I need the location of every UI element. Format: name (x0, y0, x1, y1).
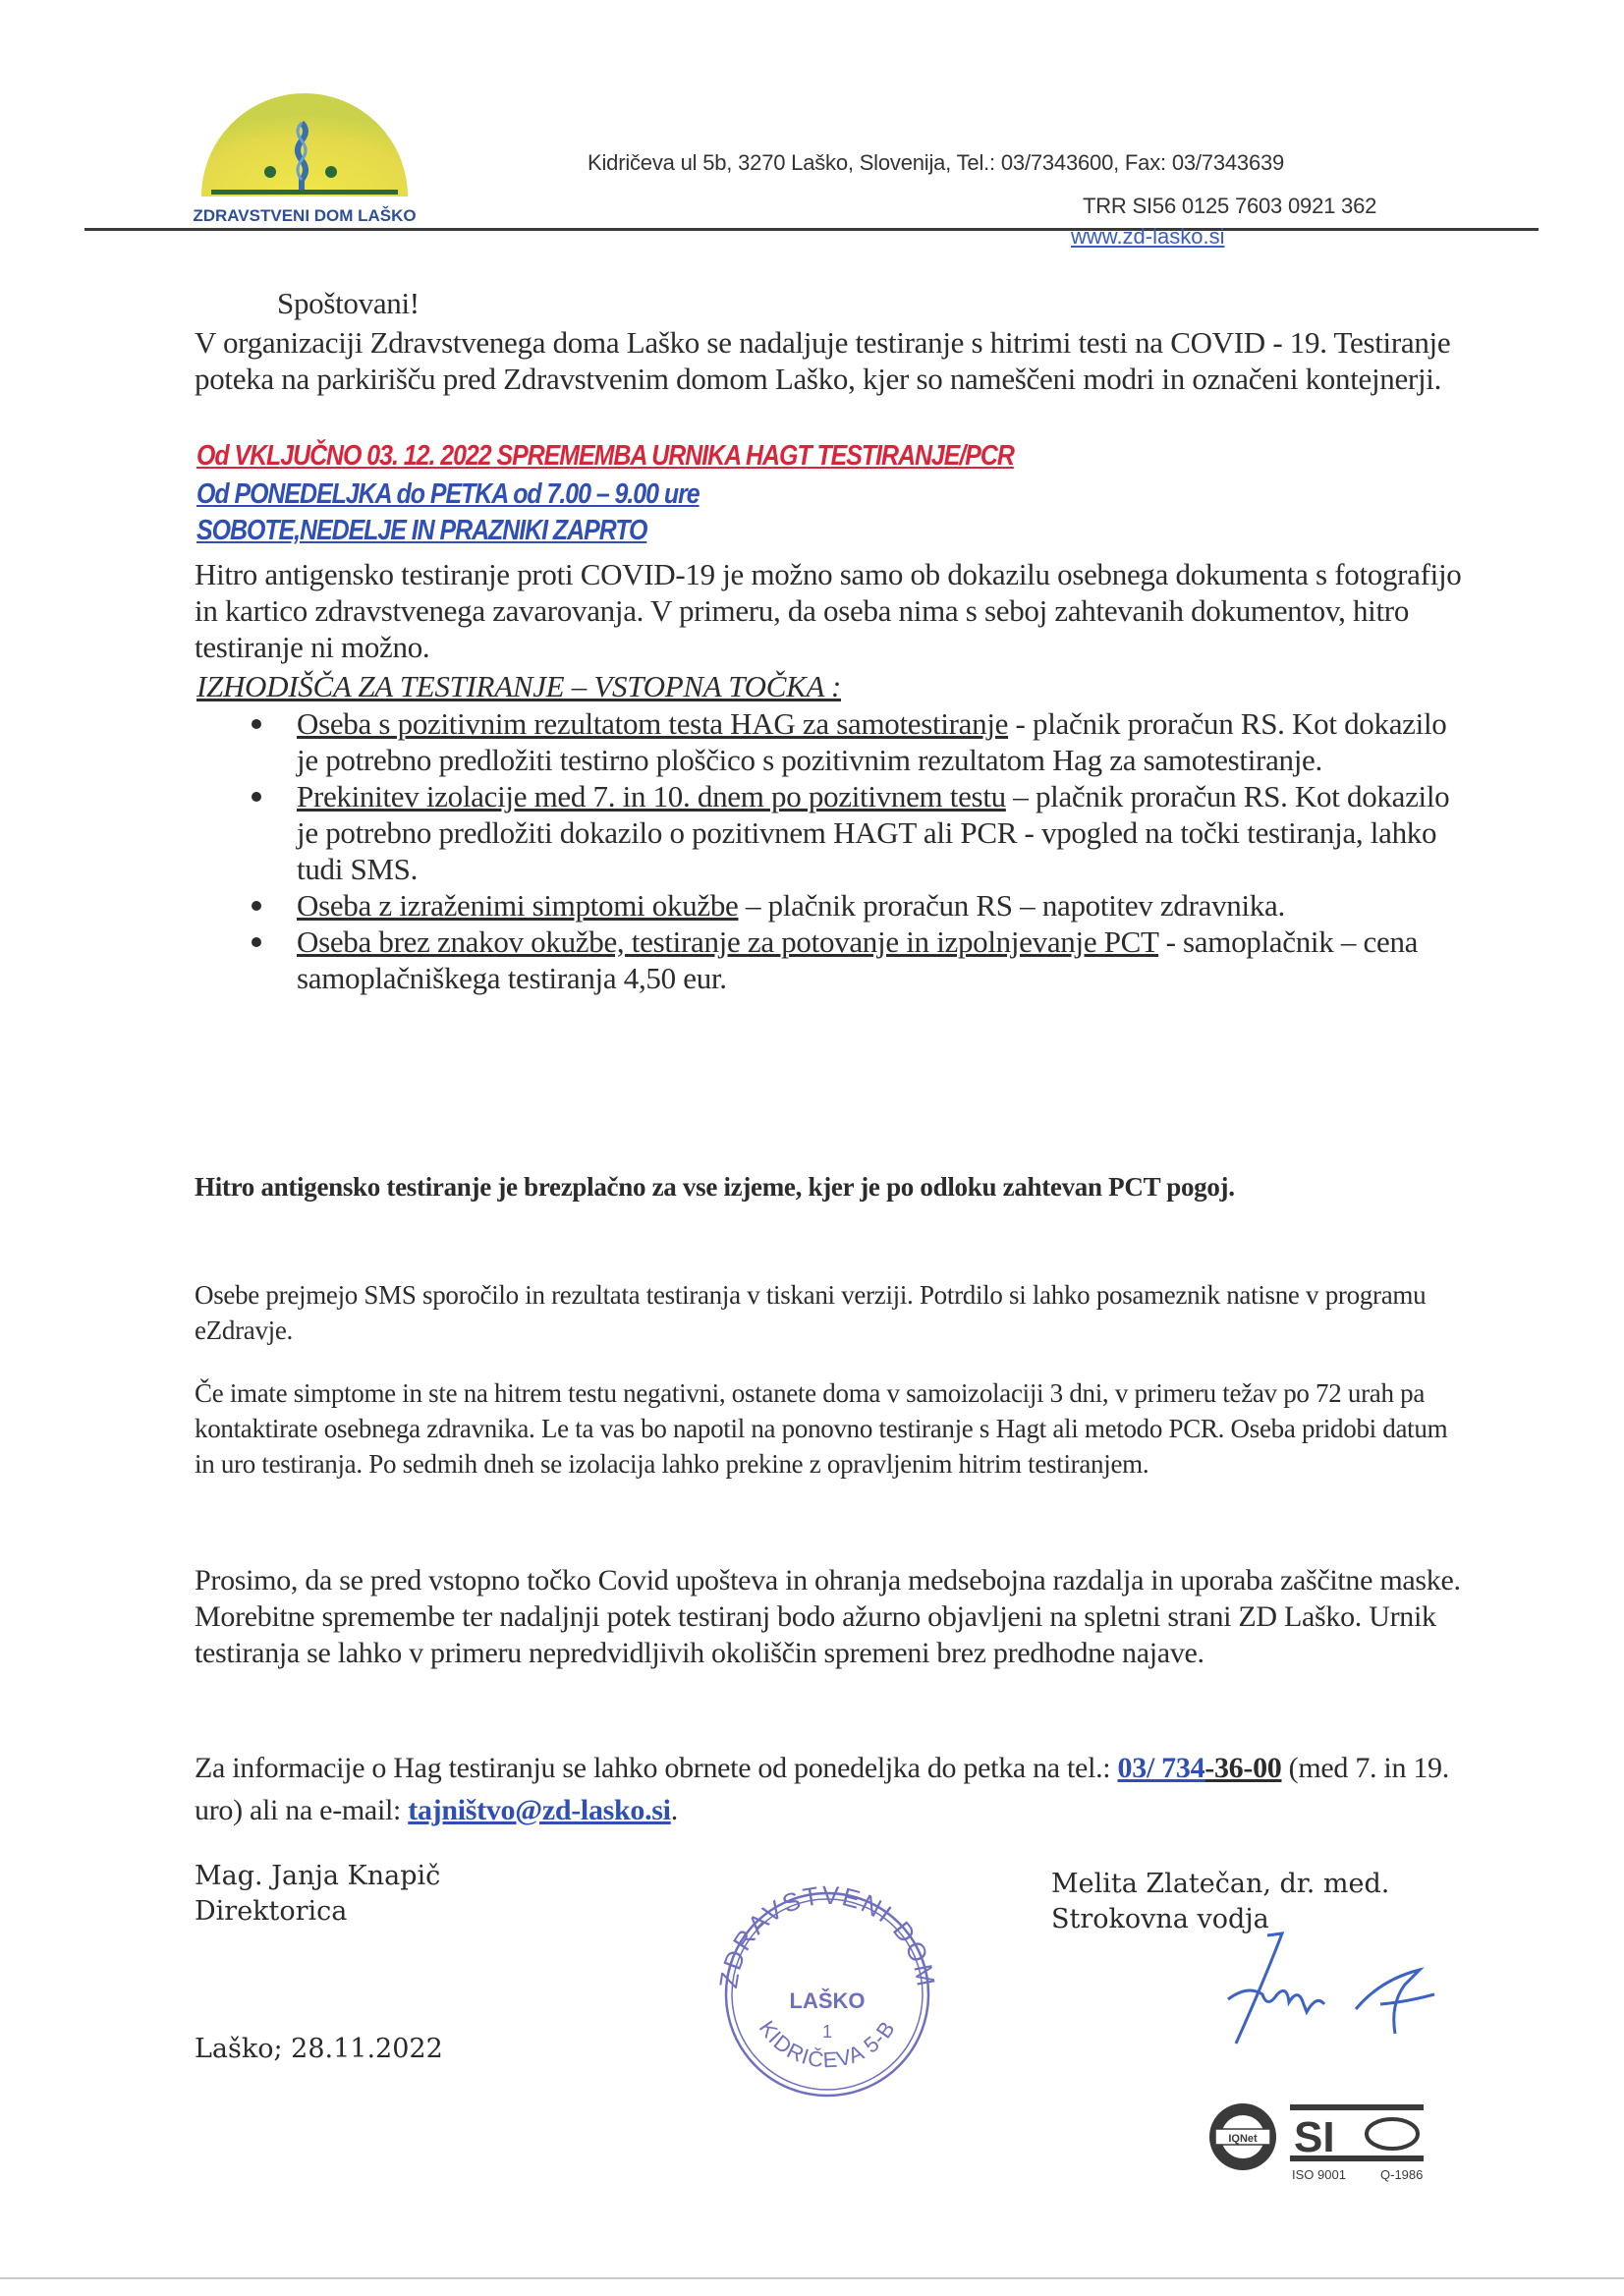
closed-days-notice: SOBOTE,NEDELJE IN PRAZNIKI ZAPRTO (196, 515, 646, 547)
email-link[interactable]: tajništvo@zd-lasko.si (408, 1794, 670, 1826)
opening-hours-notice: Od PONEDELJKA do PETKA od 7.00 – 9.00 ur… (196, 478, 700, 511)
entry-text: – plačnik proračun RS – napotitev zdravn… (739, 888, 1285, 923)
list-item: Prekinitev izolacije med 7. in 10. dnem … (244, 778, 1462, 887)
header-divider (84, 228, 1539, 231)
contact-prefix: Za informacije o Hag testiranju se lahko… (195, 1752, 1118, 1784)
svg-text:ISO 9001: ISO 9001 (1292, 2167, 1346, 2182)
director-signature-block: Mag. Janja Knapič Direktorica (195, 1859, 440, 1930)
entry-title: Oseba z izraženimi simptomi okužbe (297, 888, 739, 923)
svg-text:IQNet: IQNet (1228, 2133, 1258, 2145)
greeting: Spoštovani! (277, 285, 420, 321)
handwritten-signature-icon (1208, 1926, 1454, 2053)
bullet-icon (252, 901, 261, 911)
schedule-change-notice: Od VKLJUČNO 03. 12. 2022 SPREMEMBA URNIK… (196, 440, 1014, 473)
header-bank-account: TRR SI56 0125 7603 0921 362 (1083, 194, 1376, 219)
phone-link[interactable]: 03/ 734 (1118, 1752, 1205, 1784)
director-role: Direktorica (195, 1894, 440, 1930)
document-requirements: Hitro antigensko testiranje proti COVID-… (195, 556, 1482, 665)
director-name: Mag. Janja Knapič (195, 1859, 440, 1894)
svg-text:1: 1 (822, 2022, 832, 2042)
contact-info: Za informacije o Hag testiranju se lahko… (195, 1747, 1472, 1831)
footer-divider (0, 2277, 1624, 2279)
entry-points-heading: IZHODIŠČA ZA TESTIRANJE – VSTOPNA TOČKA … (196, 668, 841, 704)
bullet-icon (252, 937, 261, 947)
phone-suffix: -36-00 (1204, 1752, 1281, 1784)
document-date: Laško; 28.11.2022 (195, 2034, 443, 2064)
header-address: Kidričeva ul 5b, 3270 Laško, Slovenija, … (588, 150, 1284, 176)
bullet-icon (252, 719, 261, 729)
website-link[interactable]: www.zd-lasko.si (1071, 224, 1224, 250)
contact-suffix: . (671, 1794, 678, 1826)
svg-text:LAŠKO: LAŠKO (790, 1988, 866, 2013)
intro-paragraph: V organizaciji Zdravstvenega doma Laško … (195, 324, 1472, 397)
certification-logos: IQNet SI ISO 9001 Q-1986 (1204, 2093, 1449, 2191)
svg-text:Q-1986: Q-1986 (1380, 2167, 1423, 2182)
list-item: Oseba z izraženimi simptomi okužbe – pla… (244, 887, 1462, 924)
svg-text:ZDRAVSTVENI DOM LAŠKO: ZDRAVSTVENI DOM LAŠKO (193, 206, 416, 225)
list-item: Oseba brez znakov okužbe, testiranje za … (244, 924, 1462, 996)
sms-note: Osebe prejmejo SMS sporočilo in rezultat… (195, 1277, 1472, 1348)
svg-text:SI: SI (1294, 2113, 1335, 2161)
distance-note: Prosimo, da se pred vstopno točko Covid … (195, 1562, 1472, 1671)
entry-title: Prekinitev izolacije med 7. in 10. dnem … (297, 779, 1006, 813)
organization-logo: ZDRAVSTVENI DOM LAŠKO (172, 93, 437, 231)
medical-lead-name: Melita Zlatečan, dr. med. (1051, 1867, 1389, 1902)
entry-title: Oseba brez znakov okužbe, testiranje za … (297, 924, 1158, 959)
bullet-icon (252, 792, 261, 802)
list-item: Oseba s pozitivnim rezultatom testa HAG … (244, 705, 1462, 778)
svg-text:ZDRAVSTVENI DOM: ZDRAVSTVENI DOM (713, 1880, 941, 1990)
entry-title: Oseba s pozitivnim rezultatom testa HAG … (297, 706, 1008, 741)
official-stamp-icon: ZDRAVSTVENI DOM LAŠKO 1 KIDRIČEVA 5-B (700, 1878, 955, 2104)
free-testing-note: Hitro antigensko testiranje je brezplačn… (195, 1169, 1472, 1204)
symptoms-note: Če imate simptome in ste na hitrem testu… (195, 1375, 1472, 1482)
entry-points-list: Oseba s pozitivnim rezultatom testa HAG … (244, 705, 1462, 996)
